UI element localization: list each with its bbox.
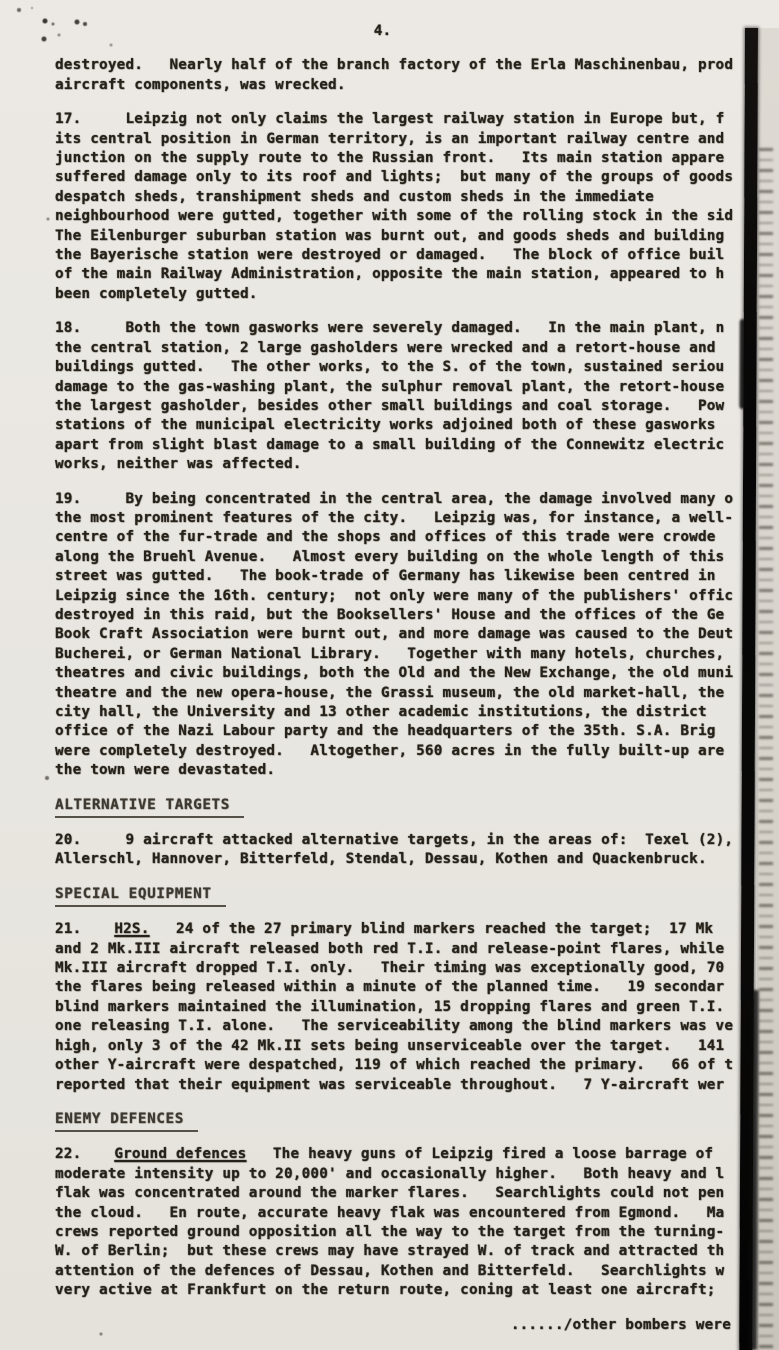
paragraph-text: 9 aircraft attacked alternative targets,… (55, 832, 733, 867)
paragraph-continuation: destroyed. Nearly half of the branch fac… (55, 56, 767, 95)
paragraph-text: 24 of the 27 primary blind markers reach… (55, 921, 733, 1092)
paragraph-21: 21.H2S. 24 of the 27 primary blind marke… (55, 920, 767, 1095)
paragraph-lead-underlined: Ground defences (114, 1146, 246, 1162)
paragraph-number: 20. (55, 832, 81, 848)
paragraph-17: 17. Leipzig not only claims the largest … (55, 110, 767, 304)
adjacent-page-ghost-text (759, 148, 773, 1350)
paragraph-lead-underlined: H2S. (114, 921, 149, 937)
section-heading-row: ENEMY DEFENCES (55, 1110, 779, 1132)
paragraph-18: 18. Both the town gasworks were severely… (55, 319, 767, 474)
section-heading-alternative-targets: ALTERNATIVE TARGETS (55, 796, 244, 818)
scanned-report-page: { "colors": { "paper": "#eae8e3", "ink":… (0, 0, 779, 1350)
paragraph-22: 22.Ground defences The heavy guns of Lei… (55, 1145, 767, 1300)
section-heading-row: ALTERNATIVE TARGETS (55, 796, 779, 818)
paragraph-20: 20. 9 aircraft attacked alternative targ… (55, 831, 767, 870)
paragraph-number: 18. (55, 320, 81, 336)
paragraph-text: By being concentrated in the central are… (55, 491, 733, 779)
paragraph-number: 21. (55, 921, 81, 937)
ink-speckles (0, 0, 2, 2)
page-number: 4. (55, 22, 710, 41)
continuation-footer: ....../other bombers were (55, 1316, 745, 1335)
paragraph-number: 19. (55, 491, 81, 507)
paragraph-number: 17. (55, 111, 81, 127)
adjacent-page-sliver (757, 28, 779, 1350)
section-heading-enemy-defences: ENEMY DEFENCES (55, 1110, 198, 1132)
paragraph-19: 19. By being concentrated in the central… (55, 490, 767, 781)
paragraph-text: The heavy guns of Leipzig fired a loose … (55, 1146, 724, 1298)
paragraph-text: Leipzig not only claims the largest rail… (55, 111, 733, 302)
paragraph-text: destroyed. Nearly half of the branch fac… (55, 57, 733, 92)
paragraph-text: Both the town gasworks were severely dam… (55, 320, 724, 472)
paragraph-number: 22. (55, 1146, 81, 1162)
section-heading-special-equipment: SPECIAL EQUIPMENT (55, 885, 226, 907)
document-page: 4. destroyed. Nearly half of the branch … (0, 0, 779, 1350)
section-heading-row: SPECIAL EQUIPMENT (55, 885, 779, 907)
